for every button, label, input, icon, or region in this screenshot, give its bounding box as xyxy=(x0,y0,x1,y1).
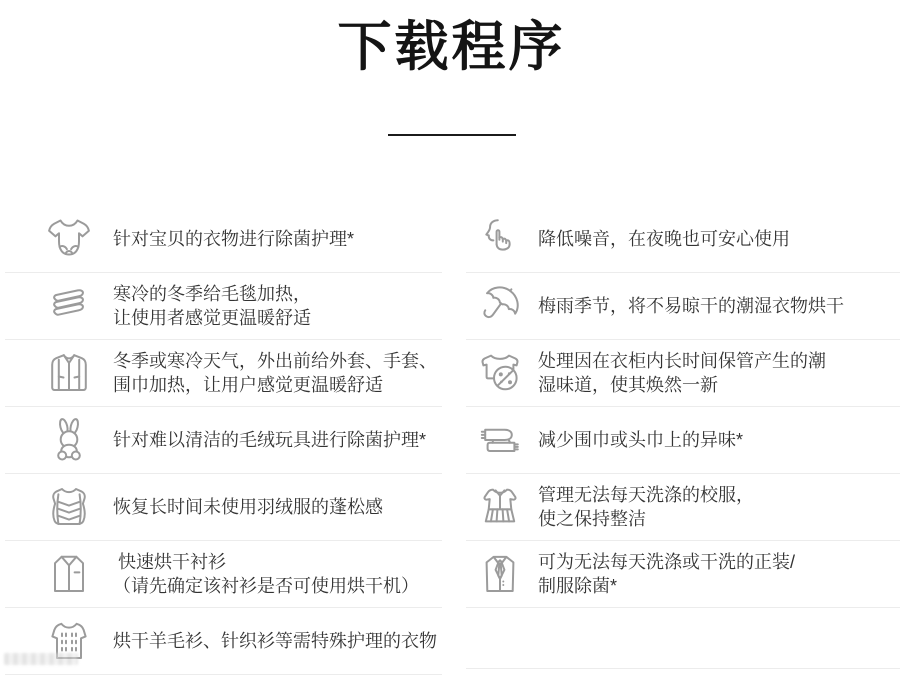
feature-item-rainy-season-drying: 梅雨季节，将不易晾干的潮湿衣物烘干 xyxy=(466,273,900,340)
blanket-stack-icon xyxy=(45,282,93,330)
umbrella-icon xyxy=(476,282,524,330)
feature-text: 降低噪音，在夜晚也可安心使用 xyxy=(538,227,790,251)
feature-text: 梅雨季节，将不易晾干的潮湿衣物烘干 xyxy=(538,294,844,318)
down-jacket-icon xyxy=(45,483,93,531)
feature-item-down-jacket-fluff: 恢复长时间未使用羽绒服的蓬松感 xyxy=(5,474,442,541)
feature-text: 针对宝贝的衣物进行除菌护理* xyxy=(113,227,354,251)
feature-text: 可为无法每天洗涤或干洗的正装/ 制服除菌* xyxy=(538,550,795,598)
page-title: 下载程序 xyxy=(0,14,903,82)
features-column-right: 降低噪音，在夜晚也可安心使用梅雨季节，将不易晾干的潮湿衣物烘干处理因在衣柜内长时… xyxy=(466,206,900,675)
suit-icon xyxy=(476,550,524,598)
school-uniform-icon xyxy=(476,483,524,531)
quiet-icon xyxy=(476,215,524,263)
feature-item-remove-closet-odor: 处理因在衣柜内长时间保管产生的潮 湿味道，使其焕然一新 xyxy=(466,340,900,407)
feature-item-school-uniform-care: 管理无法每天洗涤的校服， 使之保持整洁 xyxy=(466,474,900,541)
baby-onesie-icon xyxy=(45,215,93,263)
features-grid: 针对宝贝的衣物进行除菌护理*寒冷的冬季给毛毯加热， 让使用者感觉更温暖舒适冬季或… xyxy=(0,206,903,675)
coat-icon xyxy=(45,349,93,397)
feature-item-warm-outerwear: 冬季或寒冷天气，外出前给外套、手套、 围巾加热，让用户感觉更温暖舒适 xyxy=(5,340,442,407)
features-column-left: 针对宝贝的衣物进行除菌护理*寒冷的冬季给毛毯加热， 让使用者感觉更温暖舒适冬季或… xyxy=(5,206,442,675)
plush-rabbit-icon xyxy=(45,416,93,464)
scarf-icon xyxy=(476,416,524,464)
feature-item-warm-blankets: 寒冷的冬季给毛毯加热， 让使用者感觉更温暖舒适 xyxy=(5,273,442,340)
title-divider xyxy=(388,134,516,136)
feature-item-plush-toy-sanitize: 针对难以清洁的毛绒玩具进行除菌护理* xyxy=(5,407,442,474)
feature-text: 烘干羊毛衫、针织衫等需特殊护理的衣物 xyxy=(113,629,437,653)
feature-item-scarf-deodorize: 减少围巾或头巾上的异味* xyxy=(466,407,900,474)
feature-text: 寒冷的冬季给毛毯加热， 让使用者感觉更温暖舒适 xyxy=(113,282,311,330)
feature-item-low-noise: 降低噪音，在夜晚也可安心使用 xyxy=(466,206,900,273)
feature-text: 针对难以清洁的毛绒玩具进行除菌护理* xyxy=(113,428,426,452)
clothes-freshen-icon xyxy=(476,349,524,397)
shirt-icon xyxy=(45,550,93,598)
feature-text: 减少围巾或头巾上的异味* xyxy=(538,428,743,452)
feature-text: 冬季或寒冷天气，外出前给外套、手套、 围巾加热，让用户感觉更温暖舒适 xyxy=(113,349,437,397)
feature-item-baby-clothes-sanitize: 针对宝贝的衣物进行除菌护理* xyxy=(5,206,442,273)
feature-text: 管理无法每天洗涤的校服， 使之保持整洁 xyxy=(538,483,754,531)
feature-text: 恢复长时间未使用羽绒服的蓬松感 xyxy=(113,495,383,519)
feature-text: 快速烘干衬衫 （请先确定该衬衫是否可使用烘干机） xyxy=(113,550,419,598)
feature-item-quick-dry-shirt: 快速烘干衬衫 （请先确定该衬衫是否可使用烘干机） xyxy=(5,541,442,608)
feature-text: 处理因在衣柜内长时间保管产生的潮 湿味道，使其焕然一新 xyxy=(538,349,826,397)
feature-item-suit-sanitize: 可为无法每天洗涤或干洗的正装/ 制服除菌* xyxy=(466,541,900,608)
watermark xyxy=(4,653,78,665)
